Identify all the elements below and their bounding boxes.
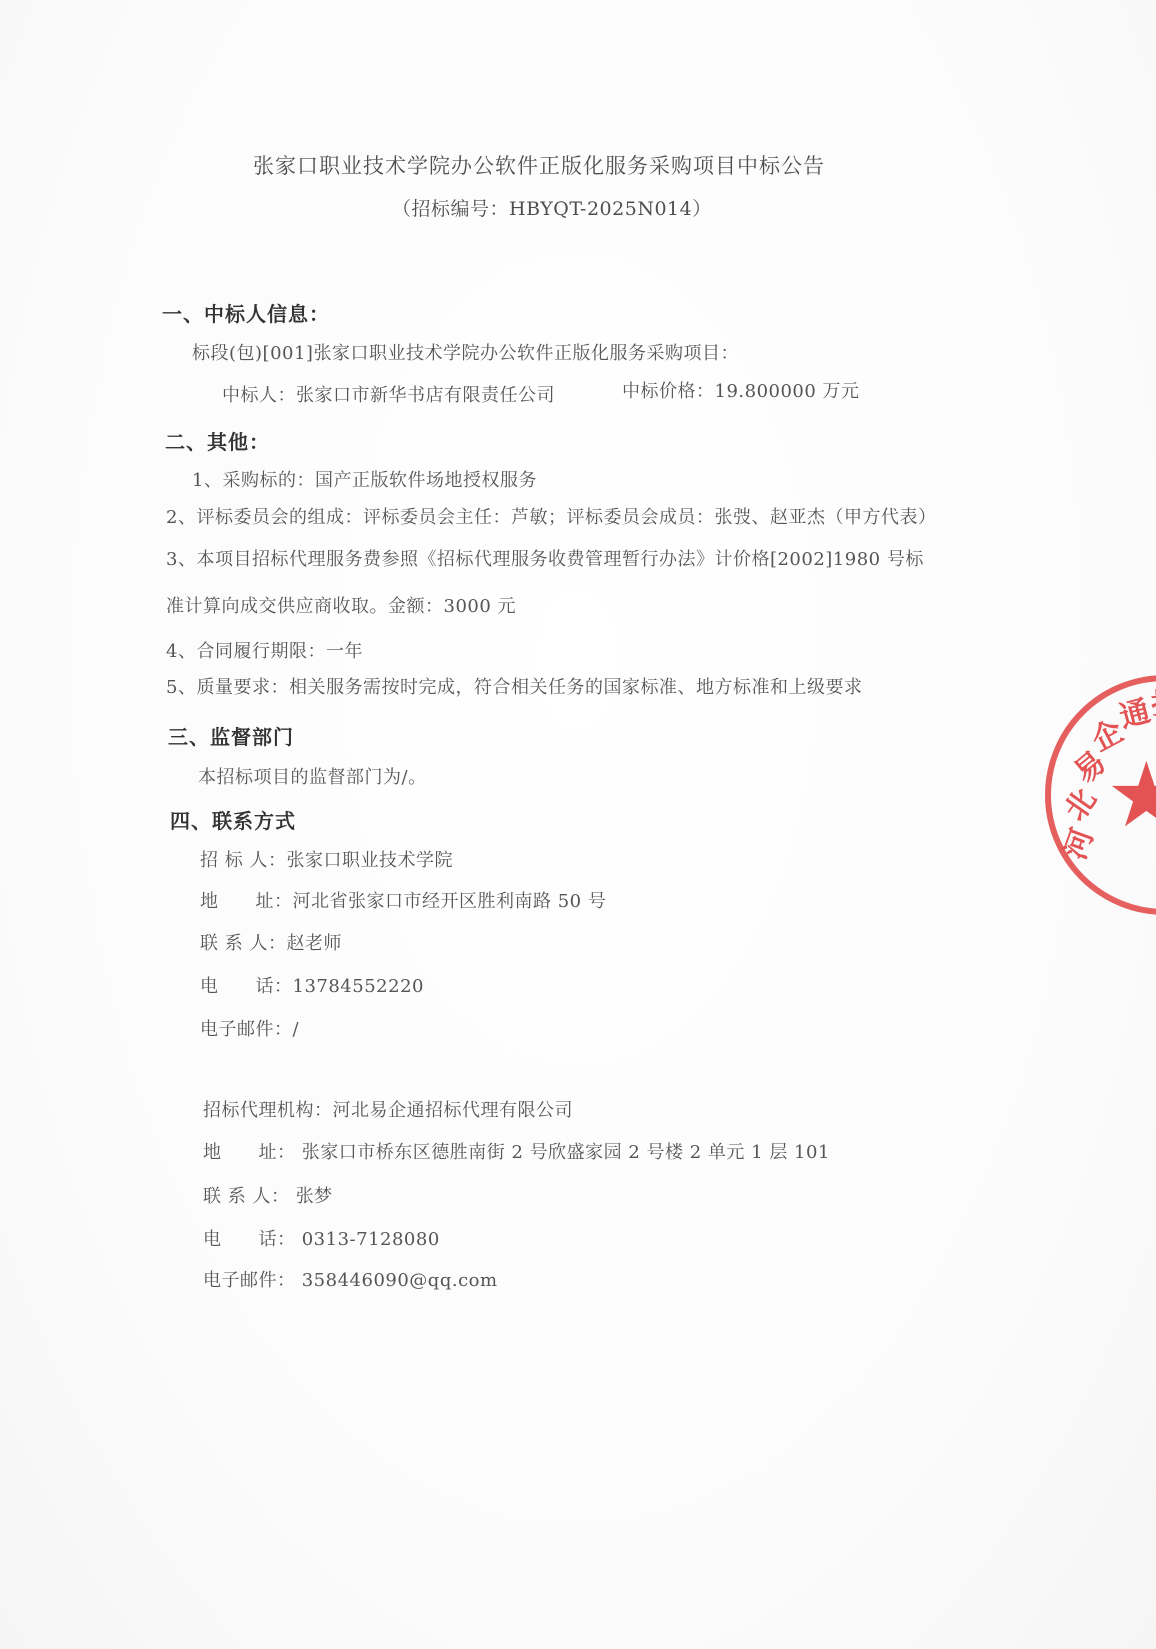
section-heading-supervision: 三、监督部门 [168,721,294,750]
supervision-text: 本招标项目的监督部门为/。 [198,763,427,789]
stamp-char: 河 [1050,821,1102,864]
agency-contact-label: 联 系 人： [203,1186,289,1207]
other-item-2: 2、评标委员会的组成：评标委员会主任：芦敏；评标委员会成员：张弢、赵亚杰（甲方代… [166,503,936,529]
agency-email-value: 358446090@qq.com [302,1270,498,1291]
winner-row: 中标人：张家口市新华书店有限责任公司 [222,381,555,407]
official-seal-stamp: 河 北 易 企 通 招 ★ [1045,675,1156,915]
tenderer-contact-label: 联 系 人： [200,933,286,954]
tenderer-contact-row: 联 系 人：赵老师 [200,929,342,955]
other-item-1: 1、采购标的：国产正版软件场地授权服务 [192,466,537,492]
agency-name-row: 招标代理机构：河北易企通招标代理有限公司 [203,1096,573,1122]
tenderer-email-row: 电子邮件：/ [200,1015,299,1041]
section-heading-winner-info: 一、中标人信息： [162,298,330,327]
document-title: 张家口职业技术学院办公软件正版化服务采购项目中标公告 [253,150,825,180]
agency-email-row: 电子邮件： 358446090@qq.com [203,1266,498,1292]
tenderer-address-value: 河北省张家口市经开区胜利南路 50 号 [293,891,607,912]
tenderer-name-row: 招 标 人：张家口职业技术学院 [200,846,453,872]
agency-address-row: 地 址： 张家口市桥东区德胜南街 2 号欣盛家园 2 号楼 2 单元 1 层 1… [203,1138,830,1164]
tenderer-phone-value: 13784552220 [293,976,424,997]
tenderer-phone-row: 电 话：13784552220 [200,972,424,998]
agency-contact-row: 联 系 人： 张梦 [203,1182,333,1208]
agency-contact-value: 张梦 [296,1186,333,1207]
winner-value: 张家口市新华书店有限责任公司 [296,385,555,406]
winner-label: 中标人： [222,385,296,406]
section-heading-contact: 四、联系方式 [170,805,296,834]
tenderer-phone-label: 电 话： [200,976,293,997]
document-subtitle: （招标编号：HBYQT-2025N014） [392,194,712,221]
tenderer-name-value: 张家口职业技术学院 [286,850,453,871]
agency-name-label: 招标代理机构： [203,1100,333,1121]
agency-address-label: 地 址： [203,1142,296,1163]
star-icon: ★ [1106,751,1156,841]
agency-phone-label: 电 话： [203,1229,296,1250]
tenderer-name-label: 招 标 人： [200,850,286,871]
price-value: 19.800000 万元 [715,381,860,402]
tenderer-email-value: / [293,1019,300,1040]
agency-phone-row: 电 话： 0313-7128080 [203,1225,440,1251]
agency-name-value: 河北易企通招标代理有限公司 [333,1100,574,1121]
tenderer-address-row: 地 址：河北省张家口市经开区胜利南路 50 号 [200,887,606,913]
other-item-3: 3、本项目招标代理服务费参照《招标代理服务收费管理暂行办法》计价格[2002]1… [166,545,924,571]
price-label: 中标价格： [622,381,715,402]
agency-email-label: 电子邮件： [203,1270,296,1291]
tenderer-address-label: 地 址： [200,891,293,912]
document-page: 张家口职业技术学院办公软件正版化服务采购项目中标公告 （招标编号：HBYQT-2… [0,0,1156,1649]
lot-description: 标段(包)[001]张家口职业技术学院办公软件正版化服务采购项目： [192,339,739,365]
other-item-4: 4、合同履行期限：一年 [166,637,363,663]
tenderer-email-label: 电子邮件： [200,1019,293,1040]
tenderer-contact-value: 赵老师 [286,933,342,954]
other-item-5: 5、质量要求：相关服务需按时完成，符合相关任务的国家标准、地方标准和上级要求 [166,673,862,699]
agency-phone-value: 0313-7128080 [302,1229,440,1250]
price-row: 中标价格：19.800000 万元 [622,377,860,403]
agency-address-value: 张家口市桥东区德胜南街 2 号欣盛家园 2 号楼 2 单元 1 层 101 [302,1142,830,1163]
other-item-3-cont: 准计算向成交供应商收取。金额：3000 元 [166,592,516,618]
section-heading-other: 二、其他： [165,426,270,455]
